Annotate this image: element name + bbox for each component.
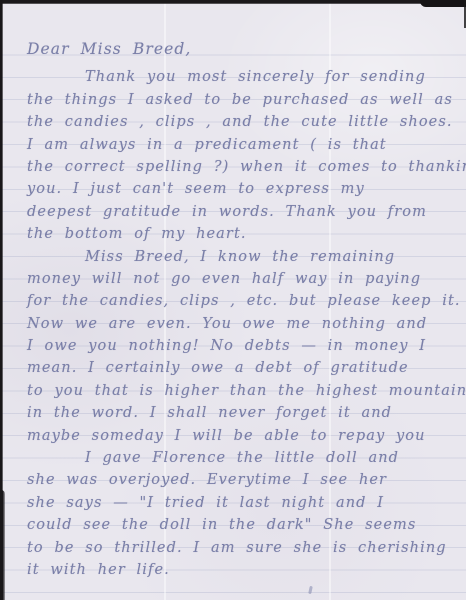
letter-line: the things I asked to be purchased as we… (27, 89, 466, 111)
letter-line: the candies , clips , and the cute littl… (27, 111, 466, 133)
letter-line: money will not go even half way in payin… (27, 268, 466, 290)
letter-body: Dear Miss Breed,Thank you most sincerely… (27, 38, 466, 581)
letter-line: I am always in a predicament ( is that (27, 134, 466, 156)
letter-line: you. I just can't seem to express my (27, 178, 466, 200)
letter-line: the bottom of my heart. (27, 223, 466, 245)
letter-line: she says — "I tried it last night and I (27, 492, 466, 514)
letter-line: the correct spelling ?) when it comes to… (27, 156, 466, 178)
letter-line: deepest gratitude in words. Thank you fr… (27, 201, 466, 223)
letter-line: mean. I certainly owe a debt of gratitud… (27, 357, 466, 379)
letter-line: to you that is higher than the highest m… (27, 380, 466, 402)
letter-line: Thank you most sincerely for sending (27, 66, 466, 88)
scan-edge-top (0, 0, 466, 4)
letter-greeting-line: Dear Miss Breed, (27, 38, 466, 60)
letter-line: for the candies, clips , etc. but please… (27, 290, 466, 312)
letter-line: I gave Florence the little doll and (27, 447, 466, 469)
scan-edge-top-right (420, 0, 466, 7)
letter-line: I owe you nothing! No debts — in money I (27, 335, 466, 357)
scan-edge-left-bottom (0, 490, 5, 600)
letter-line: maybe someday I will be able to repay yo… (27, 425, 466, 447)
letter-line: could see the doll in the dark" She seem… (27, 514, 466, 536)
letter-line: to be so thrilled. I am sure she is cher… (27, 537, 466, 559)
letter-line: she was overjoyed. Everytime I see her (27, 469, 466, 491)
letter-line: Miss Breed, I know the remaining (27, 246, 466, 268)
letter-line: it with her life. (27, 559, 466, 581)
letter-line: Now we are even. You owe me nothing and (27, 313, 466, 335)
stray-ink-mark (308, 586, 313, 594)
letter-page: Dear Miss Breed,Thank you most sincerely… (0, 0, 466, 600)
letter-line: in the word. I shall never forget it and (27, 402, 466, 424)
